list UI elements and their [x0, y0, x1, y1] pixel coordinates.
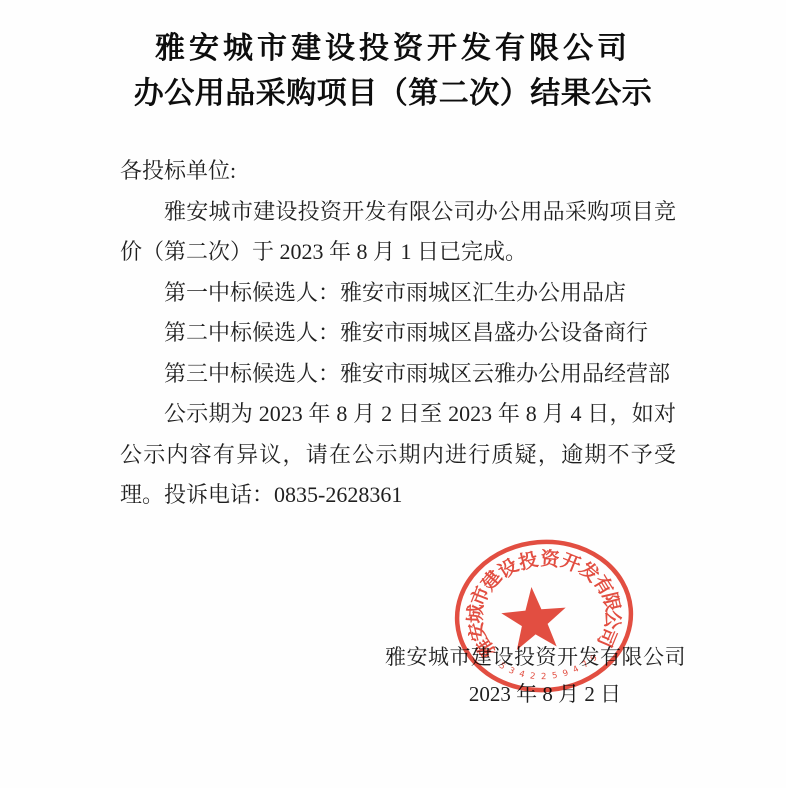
- paragraph-candidate-1: 第一中标候选人：雅安市雨城区汇生办公用品店: [120, 273, 676, 314]
- salutation: 各投标单位:: [120, 151, 676, 192]
- svg-text:有: 有: [589, 571, 619, 599]
- svg-text:设: 设: [494, 553, 522, 583]
- title-line-1: 雅安城市建设投资开发有限公司: [0, 26, 786, 71]
- document-page: 雅安城市建设投资开发有限公司 办公用品采购项目（第二次）结果公示 各投标单位: …: [0, 0, 786, 788]
- svg-text:发: 发: [575, 557, 604, 587]
- svg-text:公: 公: [600, 609, 624, 631]
- svg-text:投: 投: [516, 547, 540, 574]
- paragraph-notice: 公示期为 2023 年 8 月 2 日至 2023 年 8 月 4 日，如对公示…: [120, 394, 676, 516]
- svg-text:城: 城: [464, 603, 487, 624]
- document-body: 各投标单位: 雅安城市建设投资开发有限公司办公用品采购项目竞价（第二次）于 20…: [120, 151, 676, 516]
- svg-text:资: 资: [540, 547, 562, 571]
- seal-ring: [451, 535, 637, 698]
- signature-company: 雅安城市建设投资开发有限公司: [385, 641, 686, 671]
- svg-text:开: 开: [558, 549, 584, 577]
- svg-text:市: 市: [466, 583, 494, 609]
- title-line-2: 办公用品采购项目（第二次）结果公示: [0, 71, 786, 116]
- paragraph-intro: 雅安城市建设投资开发有限公司办公用品采购项目竞价（第二次）于 2023 年 8 …: [120, 192, 676, 273]
- paragraph-candidate-3: 第三中标候选人：雅安市雨城区云雅办公用品经营部: [120, 354, 676, 395]
- paragraph-candidate-2: 第二中标候选人：雅安市雨城区昌盛办公设备商行: [120, 313, 676, 354]
- document-title: 雅安城市建设投资开发有限公司 办公用品采购项目（第二次）结果公示: [0, 26, 786, 116]
- svg-text:建: 建: [477, 566, 507, 595]
- svg-text:限: 限: [598, 590, 624, 614]
- signature-date: 2023 年 8 月 2 日: [397, 678, 693, 708]
